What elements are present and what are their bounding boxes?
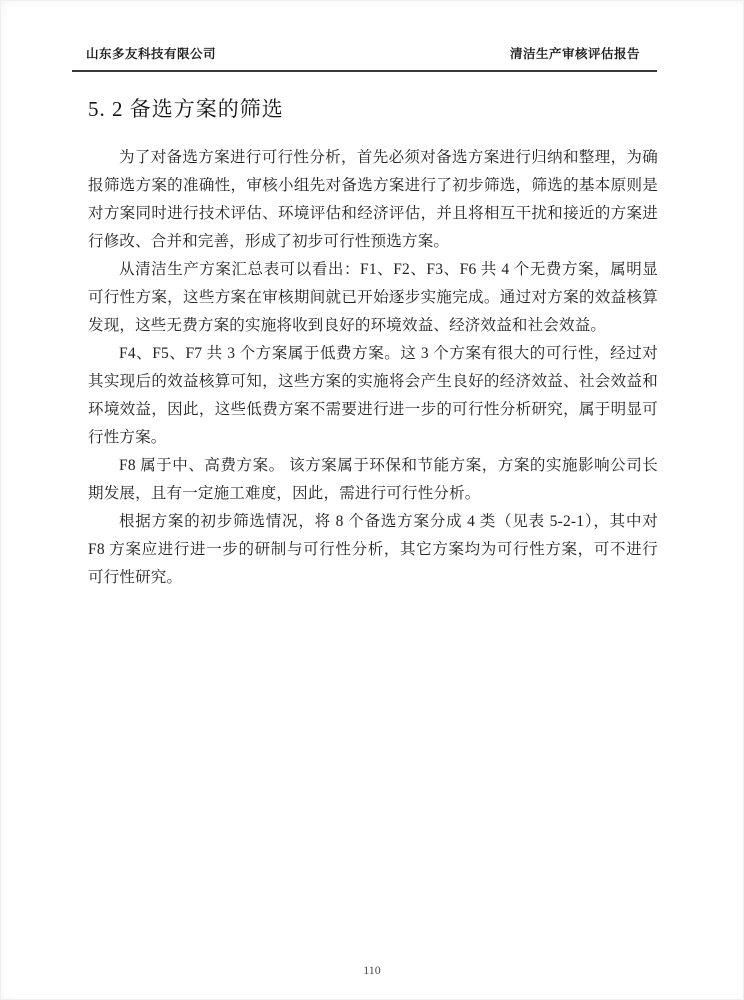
document-body: 5. 2 备选方案的筛选 为了对备选方案进行可行性分析，首先必须对备选方案进行归… <box>88 88 658 592</box>
header-row: 山东多友科技有限公司 清洁生产审核评估报告 <box>72 46 657 62</box>
page-header: 山东多友科技有限公司 清洁生产审核评估报告 <box>72 46 657 72</box>
paragraph-2: 从清洁生产方案汇总表可以看出：F1、F2、F3、F6 共 4 个无费方案，属明显… <box>88 256 658 340</box>
paragraph-5: 根据方案的初步筛选情况，将 8 个备选方案分成 4 类（见表 5-2-1），其中… <box>88 508 658 592</box>
header-divider <box>72 70 657 72</box>
page-footer: 110 <box>0 963 744 978</box>
section-title: 5. 2 备选方案的筛选 <box>88 94 658 124</box>
header-report-title: 清洁生产审核评估报告 <box>510 46 640 62</box>
header-company-name: 山东多友科技有限公司 <box>86 46 216 62</box>
document-page: 山东多友科技有限公司 清洁生产审核评估报告 5. 2 备选方案的筛选 为了对备选… <box>0 0 744 1000</box>
paragraph-1: 为了对备选方案进行可行性分析，首先必须对备选方案进行归纳和整理，为确报筛选方案的… <box>88 144 658 256</box>
paragraph-3: F4、F5、F7 共 3 个方案属于低费方案。这 3 个方案有很大的可行性，经过… <box>88 340 658 452</box>
page-number: 110 <box>363 963 381 977</box>
paragraph-4: F8 属于中、高费方案。 该方案属于环保和节能方案，方案的实施影响公司长期发展，… <box>88 452 658 508</box>
